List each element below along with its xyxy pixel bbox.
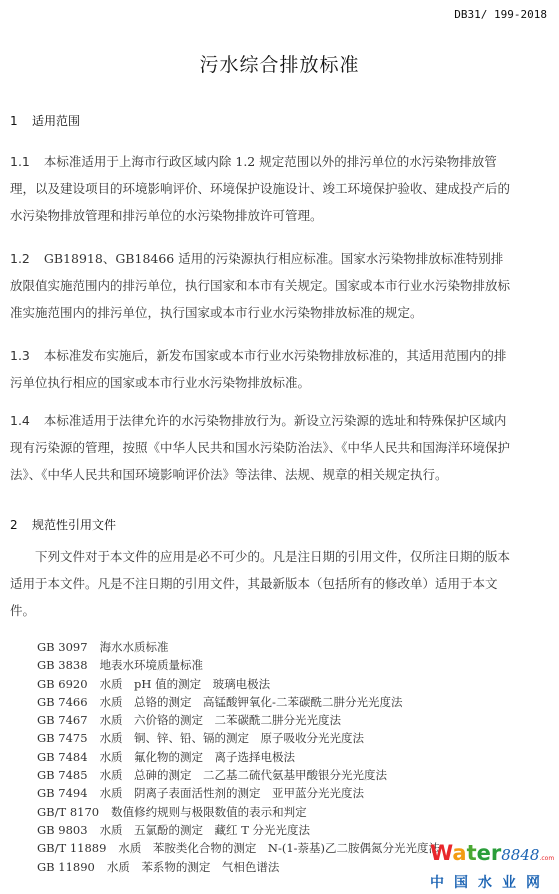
section-number: 2 bbox=[10, 518, 32, 532]
reference-title: 水质 苯胺类化合物的测定 N-(1-萘基)乙二胺偶氮分光光度法 bbox=[118, 841, 440, 855]
document-title: 污水综合排放标准 bbox=[0, 50, 559, 77]
clause-number: 1.3 bbox=[10, 348, 30, 363]
reference-code: GB 9803 bbox=[37, 823, 88, 837]
clause-text: 本标准发布实施后，新发布国家或本市行业水污染物排放标准的，其适用范围内的排污单位… bbox=[10, 348, 506, 390]
reference-item: GB 9803水质 五氯酚的测定 藏红 T 分光光度法 bbox=[37, 821, 440, 839]
reference-title: 海水水质标准 bbox=[100, 640, 169, 654]
reference-code: GB/T 8170 bbox=[37, 805, 99, 819]
clause-1-4: 1.4本标准适用于法律允许的水污染物排放行为。新设立污染源的选址和特殊保护区域内… bbox=[10, 407, 510, 488]
water8848-watermark: Water8848.com 中国水业网 bbox=[430, 842, 559, 894]
reference-item: GB/T 11889水质 苯胺类化合物的测定 N-(1-萘基)乙二胺偶氮分光光度… bbox=[37, 839, 440, 857]
reference-code: GB 3838 bbox=[37, 658, 88, 672]
reference-item: GB 3097海水水质标准 bbox=[37, 638, 440, 656]
reference-code: GB 3097 bbox=[37, 640, 88, 654]
clause-number: 1.2 bbox=[10, 251, 30, 266]
clause-number: 1.4 bbox=[10, 413, 30, 428]
reference-title: 水质 铜、锌、铅、镉的测定 原子吸收分光光度法 bbox=[100, 731, 365, 745]
reference-title: 水质 氟化物的测定 离子选择电极法 bbox=[100, 750, 296, 764]
logo-letter-w: W bbox=[430, 841, 452, 865]
section-number: 1 bbox=[10, 114, 32, 128]
reference-item: GB 7494水质 阴离子表面活性剂的测定 亚甲蓝分光光度法 bbox=[37, 784, 440, 802]
section-2-intro: 下列文件对于本文件的应用是必不可少的。凡是注日期的引用文件，仅所注日期的版本适用… bbox=[10, 543, 510, 624]
reference-title: 水质 五氯酚的测定 藏红 T 分光光度法 bbox=[100, 823, 310, 837]
standard-code: DB31/ 199-2018 bbox=[454, 8, 547, 21]
reference-code: GB 7466 bbox=[37, 695, 88, 709]
reference-code: GB 7485 bbox=[37, 768, 88, 782]
section-title: 适用范围 bbox=[32, 114, 80, 128]
reference-list: GB 3097海水水质标准 GB 3838地表水环境质量标准 GB 6920水质… bbox=[37, 638, 440, 876]
reference-item: GB 7466水质 总铬的测定 高锰酸钾氧化-二苯碳酰二肼分光光度法 bbox=[37, 693, 440, 711]
reference-code: GB 7484 bbox=[37, 750, 88, 764]
logo-letter-t: t bbox=[467, 841, 477, 865]
clause-1-2: 1.2GB18918、GB18466 适用的污染源执行相应标准。国家水污染物排放… bbox=[10, 245, 510, 326]
reference-title: 水质 总铬的测定 高锰酸钾氧化-二苯碳酰二肼分光光度法 bbox=[100, 695, 403, 709]
logo-number: 8848 bbox=[501, 846, 539, 864]
reference-item: GB/T 8170数值修约规则与极限数值的表示和判定 bbox=[37, 803, 440, 821]
reference-item: GB 7467水质 六价铬的测定 二苯碳酰二肼分光光度法 bbox=[37, 711, 440, 729]
watermark-logo: Water8848.com bbox=[430, 842, 559, 870]
reference-code: GB 6920 bbox=[37, 677, 88, 691]
reference-code: GB/T 11889 bbox=[37, 841, 106, 855]
reference-code: GB 7467 bbox=[37, 713, 88, 727]
clause-text: 本标准适用于法律允许的水污染物排放行为。新设立污染源的选址和特殊保护区域内现有污… bbox=[10, 413, 510, 482]
clause-1-1: 1.1本标准适用于上海市行政区域内除 1.2 规定范围以外的排污单位的水污染物排… bbox=[10, 148, 510, 229]
reference-item: GB 11890水质 苯系物的测定 气相色谱法 bbox=[37, 858, 440, 876]
reference-item: GB 7484水质 氟化物的测定 离子选择电极法 bbox=[37, 748, 440, 766]
clause-text: 本标准适用于上海市行政区域内除 1.2 规定范围以外的排污单位的水污染物排放管理… bbox=[10, 154, 510, 223]
logo-domain: .com bbox=[539, 855, 554, 862]
reference-title: 水质 六价铬的测定 二苯碳酰二肼分光光度法 bbox=[100, 713, 342, 727]
logo-letter-a: a bbox=[452, 841, 466, 865]
section-title: 规范性引用文件 bbox=[32, 518, 116, 532]
clause-text: GB18918、GB18466 适用的污染源执行相应标准。国家水污染物排放标准特… bbox=[10, 251, 510, 320]
reference-title: 水质 pH 值的测定 玻璃电极法 bbox=[100, 677, 271, 691]
reference-title: 水质 总砷的测定 二乙基二硫代氨基甲酸银分光光度法 bbox=[100, 768, 388, 782]
logo-letters-er: er bbox=[477, 841, 502, 865]
reference-item: GB 7475水质 铜、锌、铅、镉的测定 原子吸收分光光度法 bbox=[37, 729, 440, 747]
reference-title: 水质 苯系物的测定 气相色谱法 bbox=[107, 860, 280, 874]
watermark-subtitle: 中国水业网 bbox=[430, 872, 559, 892]
reference-title: 水质 阴离子表面活性剂的测定 亚甲蓝分光光度法 bbox=[100, 786, 365, 800]
reference-title: 地表水环境质量标准 bbox=[100, 658, 204, 672]
reference-code: GB 7494 bbox=[37, 786, 88, 800]
reference-code: GB 7475 bbox=[37, 731, 88, 745]
reference-item: GB 7485水质 总砷的测定 二乙基二硫代氨基甲酸银分光光度法 bbox=[37, 766, 440, 784]
reference-code: GB 11890 bbox=[37, 860, 95, 874]
section-heading-1: 1适用范围 bbox=[10, 112, 80, 129]
clause-number: 1.1 bbox=[10, 154, 30, 169]
reference-item: GB 3838地表水环境质量标准 bbox=[37, 656, 440, 674]
reference-item: GB 6920水质 pH 值的测定 玻璃电极法 bbox=[37, 675, 440, 693]
clause-1-3: 1.3本标准发布实施后，新发布国家或本市行业水污染物排放标准的，其适用范围内的排… bbox=[10, 342, 510, 396]
reference-title: 数值修约规则与极限数值的表示和判定 bbox=[111, 805, 307, 819]
section-heading-2: 2规范性引用文件 bbox=[10, 516, 116, 533]
